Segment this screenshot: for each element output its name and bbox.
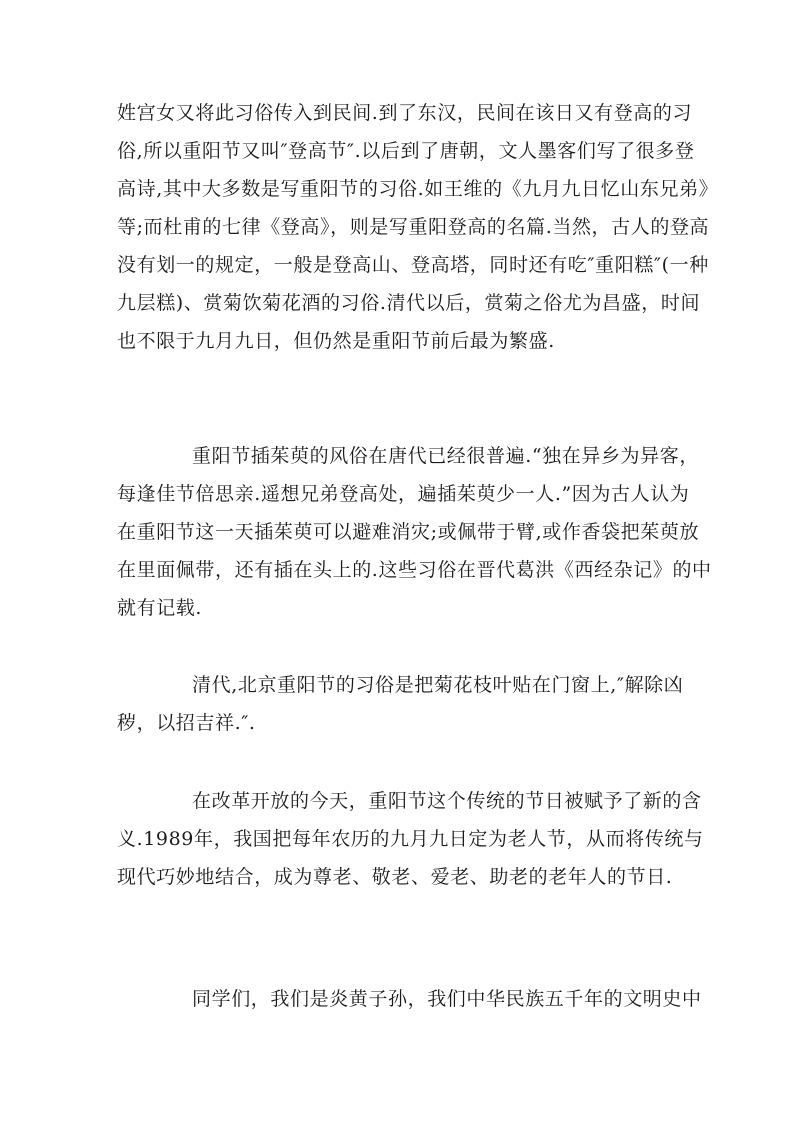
text-line: 每逢佳节倍思亲.遥想兄弟登高处，遍插茱萸少一人.”因为古人认为 — [117, 475, 682, 513]
text-line: 在改革开放的今天，重阳节这个传统的节日被赋予了新的含 — [192, 782, 682, 820]
text-line: 清代,北京重阳节的习俗是把菊花枝叶贴在门窗上,″解除凶 — [192, 666, 682, 704]
text-line: 高诗,其中大多数是写重阳节的习俗.如王维的《九月九日忆山东兄弟》 — [117, 170, 682, 208]
text-line: 重阳节插茱萸的风俗在唐代已经很普遍.“独在异乡为异客， — [192, 437, 682, 475]
text-line: 九层糕)、赏菊饮菊花酒的习俗.清代以后，赏菊之俗尤为昌盛，时间 — [117, 284, 682, 322]
text-line: 现代巧妙地结合，成为尊老、敬老、爱老、助老的老年人的节日. — [117, 858, 682, 896]
text-line: 在重阳节这一天插茱萸可以避难消灾;或佩带于臂,或作香袋把茱萸放 — [117, 513, 682, 551]
document-page: 姓宫女又将此习俗传入到民间.到了东汉，民间在该日又有登高的习 俗,所以重阳节又叫… — [0, 0, 793, 1122]
text-line: 同学们，我们是炎黄子孙，我们中华民族五千年的文明史中 — [192, 980, 682, 1018]
text-line: 在里面佩带，还有插在头上的.这些习俗在晋代葛洪《西经杂记》的中 — [117, 551, 682, 589]
text-line: 也不限于九月九日，但仍然是重阳节前后最为繁盛. — [117, 322, 682, 360]
text-line: 俗,所以重阳节又叫″登高节″.以后到了唐朝，文人墨客们写了很多登 — [117, 132, 682, 170]
text-line: 等;而杜甫的七律《登高》，则是写重阳登高的名篇.当然，古人的登高 — [117, 208, 682, 246]
text-line: 就有记载. — [117, 589, 682, 627]
text-line: 没有划一的规定，一般是登高山、登高塔，同时还有吃″重阳糕″(一种 — [117, 246, 682, 284]
text-line: 义.1989年，我国把每年农历的九月九日定为老人节，从而将传统与 — [117, 820, 682, 858]
text-line: 姓宫女又将此习俗传入到民间.到了东汉，民间在该日又有登高的习 — [117, 94, 682, 132]
text-line: 秽，以招吉祥.″. — [117, 704, 682, 742]
